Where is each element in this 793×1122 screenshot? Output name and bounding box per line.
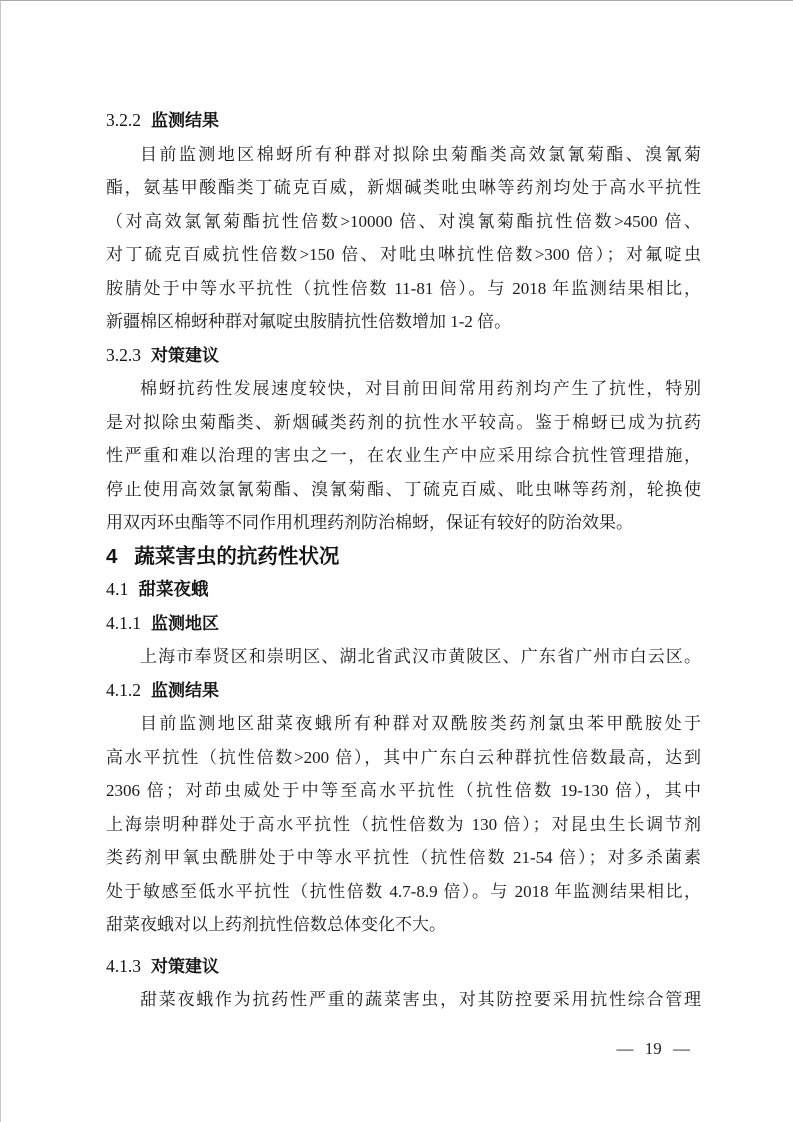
heading-3.2.3: 3.2.3对策建议 [106,339,701,373]
paragraph: 目前监测地区棉蚜所有种群对拟除虫菊酯类高效氯氰菊酯、溴氰菊酯，氨基甲酸酯类丁硫克… [106,138,701,339]
heading-number: 3.2.3 [106,345,141,365]
heading-4.1: 4.1甜菜夜蛾 [106,573,701,607]
page-number-label: — 19 — [617,1039,691,1058]
text-line: 甜菜夜蛾作为抗药性严重的蔬菜害虫，对其防控要采用抗性综合管理 [106,983,701,1017]
heading-4.1.2: 4.1.2监测结果 [106,674,701,708]
text-line: 停止使用高效氯氰菊酯、溴氰菊酯、丁硫克百威、吡虫啉等药剂，轮换使 [106,473,701,507]
document-page: 3.2.2监测结果目前监测地区棉蚜所有种群对拟除虫菊酯类高效氯氰菊酯、溴氰菊酯，… [0,0,793,1122]
paragraph: 棉蚜抗药性发展速度较快，对目前田间常用药剂均产生了抗性，特别是对拟除虫菊酯类、新… [106,372,701,540]
heading-label: 甜菜夜蛾 [139,579,209,599]
heading-label: 监测地区 [151,614,219,633]
heading-label: 监测结果 [151,111,219,130]
text-line: 2306 倍；对茚虫威处于中等至高水平抗性（抗性倍数 19-130 倍），其中 [106,774,701,808]
paragraph: 上海市奉贤区和崇明区、湖北省武汉市黄陂区、广东省广州市白云区。 [106,640,701,674]
heading-number: 4 [106,545,117,568]
heading-label: 对策建议 [151,957,219,976]
heading-4: 4蔬菜害虫的抗药性状况 [106,540,701,574]
heading-label: 对策建议 [151,346,219,365]
text-line: 酯，氨基甲酸酯类丁硫克百威，新烟碱类吡虫啉等药剂均处于高水平抗性 [106,171,701,205]
heading-number: 4.1.3 [106,956,141,976]
text-line: 胺腈处于中等水平抗性（抗性倍数 11-81 倍）。与 2018 年监测结果相比， [106,272,701,306]
text-line: 用双丙环虫酯等不同作用机理药剂防治棉蚜，保证有较好的防治效果。 [106,506,701,540]
text-line: （对高效氯氰菊酯抗性倍数>10000 倍、对溴氰菊酯抗性倍数>4500 倍、 [106,205,701,239]
heading-number: 4.1.1 [106,613,141,633]
text-line: 对丁硫克百威抗性倍数>150 倍、对吡虫啉抗性倍数>300 倍）；对氟啶虫 [106,238,701,272]
text-line: 上海市奉贤区和崇明区、湖北省武汉市黄陂区、广东省广州市白云区。 [106,640,701,674]
text-line: 类药剂甲氧虫酰肼处于中等水平抗性（抗性倍数 21-54 倍）；对多杀菌素 [106,841,701,875]
text-line: 目前监测地区甜菜夜蛾所有种群对双酰胺类药剂氯虫苯甲酰胺处于 [106,707,701,741]
heading-4.1.3: 4.1.3对策建议 [106,950,701,984]
document-content: 3.2.2监测结果目前监测地区棉蚜所有种群对拟除虫菊酯类高效氯氰菊酯、溴氰菊酯，… [106,104,701,1017]
paragraph: 目前监测地区甜菜夜蛾所有种群对双酰胺类药剂氯虫苯甲酰胺处于高水平抗性（抗性倍数>… [106,707,701,942]
text-line: 棉蚜抗药性发展速度较快，对目前田间常用药剂均产生了抗性，特别 [106,372,701,406]
heading-4.1.1: 4.1.1监测地区 [106,607,701,641]
paragraph: 甜菜夜蛾作为抗药性严重的蔬菜害虫，对其防控要采用抗性综合管理 [106,983,701,1017]
text-line: 目前监测地区棉蚜所有种群对拟除虫菊酯类高效氯氰菊酯、溴氰菊 [106,138,701,172]
heading-number: 4.1 [106,579,129,599]
text-line: 性严重和难以治理的害虫之一，在农业生产中应采用综合抗性管理措施， [106,439,701,473]
page-number: — 19 — [617,1039,691,1059]
text-line: 甜菜夜蛾对以上药剂抗性倍数总体变化不大。 [106,908,701,942]
heading-label: 监测结果 [151,681,219,700]
text-line: 上海崇明种群处于高水平抗性（抗性倍数为 130 倍）；对昆虫生长调节剂 [106,808,701,842]
heading-number: 3.2.2 [106,110,141,130]
text-line: 新疆棉区棉蚜种群对氟啶虫胺腈抗性倍数增加 1-2 倍。 [106,305,701,339]
heading-number: 4.1.2 [106,680,141,700]
text-line: 处于敏感至低水平抗性（抗性倍数 4.7-8.9 倍）。与 2018 年监测结果相… [106,875,701,909]
heading-3.2.2: 3.2.2监测结果 [106,104,701,138]
heading-label: 蔬菜害虫的抗药性状况 [134,545,339,568]
text-line: 高水平抗性（抗性倍数>200 倍），其中广东白云种群抗性倍数最高，达到 [106,741,701,775]
text-line: 是对拟除虫菊酯类、新烟碱类药剂的抗性水平较高。鉴于棉蚜已成为抗药 [106,406,701,440]
